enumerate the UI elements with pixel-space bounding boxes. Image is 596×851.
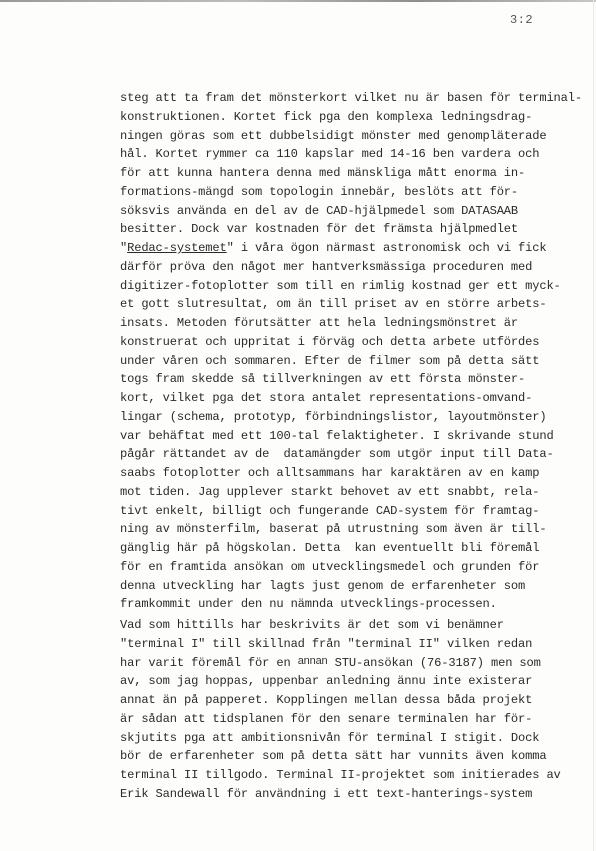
paragraph-1: steg att ta fram det mönsterkort vilket …	[120, 89, 590, 614]
text-line: terminal II tillgodo. Terminal II-projek…	[120, 766, 590, 785]
text-line: digitizer-fotoplotter som till en rimlig…	[120, 277, 590, 296]
text-line: var behäftat med ett 100-tal felaktighet…	[120, 427, 590, 446]
text-line: under våren och sommaren. Efter de filme…	[120, 352, 590, 371]
text-line: denna utveckling har lagts just genom de…	[120, 577, 590, 596]
paragraph-2: Vad som hittills har beskrivits är det s…	[120, 616, 590, 804]
page-number: 3:2	[510, 13, 533, 27]
text-line: framkommit under den nu nämnda utvecklin…	[120, 595, 590, 614]
text-line: skjutits pga att ambitionsnivån för term…	[120, 729, 590, 748]
scan-top-edge	[0, 0, 596, 2]
text-line: besitter. Dock var kostnaden för det frä…	[120, 220, 590, 239]
scan-right-edge	[593, 0, 594, 851]
text-line: har varit föremål för en annan STU-ansök…	[120, 654, 590, 673]
text-line: steg att ta fram det mönsterkort vilket …	[120, 89, 590, 108]
text-line: Vad som hittills har beskrivits är det s…	[120, 616, 590, 635]
text-line: hål. Kortet rymmer ca 110 kapslar med 14…	[120, 145, 590, 164]
text-line: Erik Sandewall för användning i ett text…	[120, 785, 590, 804]
text-line: et gott slutresultat, om än till priset …	[120, 295, 590, 314]
text-line: gänglig här på högskolan. Detta kan even…	[120, 539, 590, 558]
text-line: konstruktionen. Kortet fick pga den komp…	[120, 108, 590, 127]
text-line: ningen göras som ett dubbelsidigt mönste…	[120, 127, 590, 146]
text-line: saabs fotoplotter och alltsammans har ka…	[120, 464, 590, 483]
text-line: "terminal I" till skillnad från "termina…	[120, 635, 590, 654]
text-line: är sådan att tidsplanen för den senare t…	[120, 710, 590, 729]
text-line: mot tiden. Jag upplever starkt behovet a…	[120, 483, 590, 502]
text-line: pågår rättandet av de datamängder som ut…	[120, 445, 590, 464]
inserted-word: annan	[298, 655, 328, 667]
text-line: kort, vilket pga det stora antalet repre…	[120, 389, 590, 408]
text-line: ning av mönsterfilm, baserat på utrustni…	[120, 520, 590, 539]
text-line: konstruerat och uppritat i förväg och de…	[120, 333, 590, 352]
text-line: "Redac-systemet" i våra ögon närmast ast…	[120, 239, 590, 258]
text-line: därför pröva den något mer hantverksmäss…	[120, 258, 590, 277]
document-page: 3:2 steg att ta fram det mönsterkort vil…	[0, 0, 596, 851]
text-line: för en framtida ansökan om utvecklingsme…	[120, 558, 590, 577]
text-line: av, som jag hoppas, uppenbar anledning ä…	[120, 672, 590, 691]
underlined-term: Redac-systemet	[127, 241, 227, 255]
text-line: annat än på papperet. Kopplingen mellan …	[120, 691, 590, 710]
text-line: tivt enkelt, billigt och fungerande CAD-…	[120, 502, 590, 521]
text-line: bör de erfarenheter som på detta sätt ha…	[120, 747, 590, 766]
text-line: insats. Metoden förutsätter att hela led…	[120, 314, 590, 333]
text-line: lingar (schema, prototyp, förbindningsli…	[120, 408, 590, 427]
text-line: söksvis använda en del av de CAD-hjälpme…	[120, 202, 590, 221]
text-line: för att kunna hantera denna med mänsklig…	[120, 164, 590, 183]
text-line: formations-mängd som topologin innebär, …	[120, 183, 590, 202]
text-line: togs fram skedde så tillverkningen av et…	[120, 370, 590, 389]
